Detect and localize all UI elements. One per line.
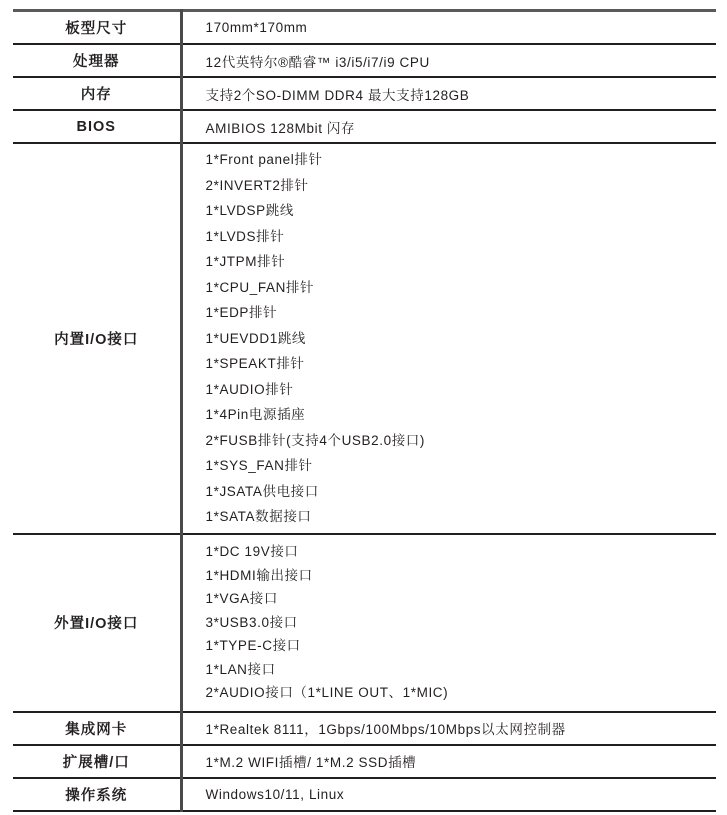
spec-value: Windows10/11, Linux <box>181 778 716 811</box>
list-item: 3*USB3.0接口 <box>206 611 717 635</box>
list-item: 1*Front panel排针 <box>206 147 717 173</box>
spec-row-bios: BIOS AMIBIOS 128Mbit 闪存 <box>13 110 716 143</box>
list-item: 1*SPEAKT排针 <box>206 351 717 377</box>
spec-label: 处理器 <box>13 44 181 77</box>
list-item: 1*HDMI输出接口 <box>206 564 717 588</box>
spec-value: 12代英特尔®酷睿™ i3/i5/i7/i9 CPU <box>181 44 716 77</box>
spec-value: AMIBIOS 128Mbit 闪存 <box>181 110 716 143</box>
list-item: 1*AUDIO排针 <box>206 377 717 403</box>
spec-row-board-size: 板型尺寸 170mm*170mm <box>13 11 716 45</box>
spec-table: 板型尺寸 170mm*170mm 处理器 12代英特尔®酷睿™ i3/i5/i7… <box>13 9 716 812</box>
list-item: 1*LVDS排针 <box>206 224 717 250</box>
spec-row-expansion: 扩展槽/口 1*M.2 WIFI插槽/ 1*M.2 SSD插槽 <box>13 745 716 778</box>
list-item: 2*FUSB排针(支持4个USB2.0接口) <box>206 428 717 454</box>
spec-value: 1*Realtek 8111，1Gbps/100Mbps/10Mbps以太网控制… <box>181 712 716 745</box>
spec-label: 内置I/O接口 <box>13 143 181 534</box>
list-item: 1*TYPE-C接口 <box>206 634 717 658</box>
spec-label: 内存 <box>13 77 181 110</box>
spec-label: 扩展槽/口 <box>13 745 181 778</box>
internal-io-list: 1*Front panel排针 2*INVERT2排针 1*LVDSP跳线 1*… <box>206 144 717 533</box>
list-item: 2*AUDIO接口（1*LINE OUT、1*MIC) <box>206 681 717 705</box>
spec-row-memory: 内存 支持2个SO-DIMM DDR4 最大支持128GB <box>13 77 716 110</box>
spec-row-external-io: 外置I/O接口 1*DC 19V接口 1*HDMI输出接口 1*VGA接口 3*… <box>13 534 716 712</box>
list-item: 2*INVERT2排针 <box>206 173 717 199</box>
list-item: 1*4Pin电源插座 <box>206 402 717 428</box>
list-item: 1*JTPM排针 <box>206 249 717 275</box>
spec-value: 1*DC 19V接口 1*HDMI输出接口 1*VGA接口 3*USB3.0接口… <box>181 534 716 712</box>
spec-label: 操作系统 <box>13 778 181 811</box>
spec-row-os: 操作系统 Windows10/11, Linux <box>13 778 716 811</box>
spec-value: 170mm*170mm <box>181 11 716 45</box>
list-item: 1*JSATA供电接口 <box>206 479 717 505</box>
spec-row-processor: 处理器 12代英特尔®酷睿™ i3/i5/i7/i9 CPU <box>13 44 716 77</box>
list-item: 1*SATA数据接口 <box>206 504 717 530</box>
spec-value: 1*Front panel排针 2*INVERT2排针 1*LVDSP跳线 1*… <box>181 143 716 534</box>
spec-value: 1*M.2 WIFI插槽/ 1*M.2 SSD插槽 <box>181 745 716 778</box>
spec-label: BIOS <box>13 110 181 143</box>
list-item: 1*UEVDD1跳线 <box>206 326 717 352</box>
list-item: 1*LVDSP跳线 <box>206 198 717 224</box>
list-item: 1*SYS_FAN排针 <box>206 453 717 479</box>
spec-row-internal-io: 内置I/O接口 1*Front panel排针 2*INVERT2排针 1*LV… <box>13 143 716 534</box>
list-item: 1*DC 19V接口 <box>206 540 717 564</box>
spec-label: 外置I/O接口 <box>13 534 181 712</box>
spec-label: 集成网卡 <box>13 712 181 745</box>
list-item: 1*EDP排针 <box>206 300 717 326</box>
external-io-list: 1*DC 19V接口 1*HDMI输出接口 1*VGA接口 3*USB3.0接口… <box>206 535 717 710</box>
spec-row-network: 集成网卡 1*Realtek 8111，1Gbps/100Mbps/10Mbps… <box>13 712 716 745</box>
list-item: 1*CPU_FAN排针 <box>206 275 717 301</box>
list-item: 1*VGA接口 <box>206 587 717 611</box>
spec-label: 板型尺寸 <box>13 11 181 45</box>
list-item: 1*LAN接口 <box>206 658 717 682</box>
spec-value: 支持2个SO-DIMM DDR4 最大支持128GB <box>181 77 716 110</box>
